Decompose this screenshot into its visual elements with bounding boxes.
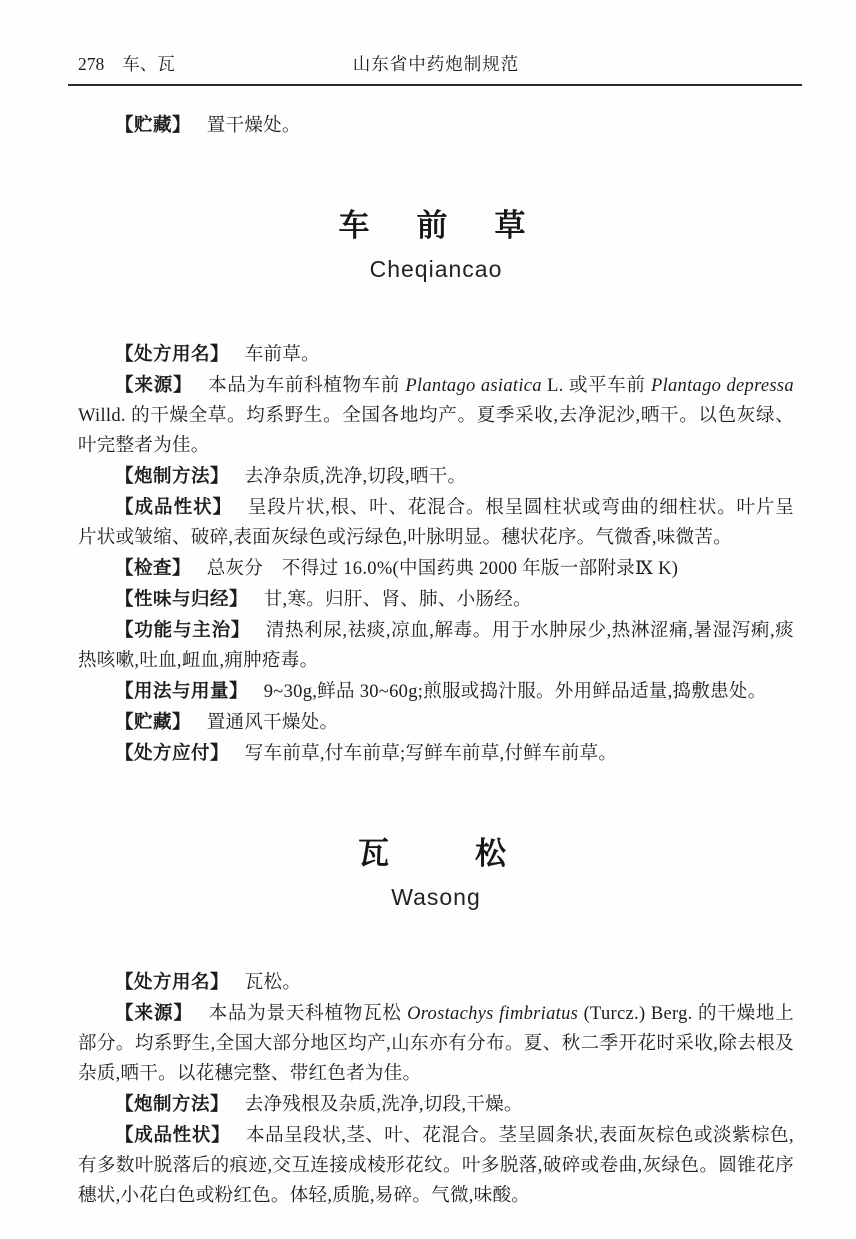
section-label: 【贮藏】 bbox=[115, 711, 191, 732]
section-label: 【性味与归经】 bbox=[115, 588, 248, 609]
section-paragraph: 【检查】总灰分 不得过 16.0%(中国药典 2000 年版一部附录Ⅸ K) bbox=[78, 553, 794, 584]
entry-sections: 【处方用名】瓦松。【来源】本品为景天科植物瓦松 Orostachys fimbr… bbox=[78, 967, 794, 1211]
entry-title: 瓦 松 bbox=[78, 833, 794, 875]
section-paragraph: 【来源】本品为车前科植物车前 Plantago asiatica L. 或平车前… bbox=[78, 370, 794, 461]
section-paragraph: 【处方用名】车前草。 bbox=[78, 339, 794, 370]
section-text: 甘,寒。归肝、肾、肺、小肠经。 bbox=[264, 590, 532, 610]
section-label: 【贮藏】 bbox=[115, 114, 191, 135]
section-text: 本品为景天科植物瓦松 bbox=[209, 1004, 407, 1024]
latin-name: Plantago asiatica bbox=[405, 376, 542, 396]
section-text: 瓦松。 bbox=[245, 973, 301, 993]
section-paragraph: 【用法与用量】9~30g,鲜品 30~60g;煎服或捣汁服。外用鲜品适量,捣敷患… bbox=[78, 676, 794, 707]
section-text: 去净杂质,洗净,切段,晒干。 bbox=[245, 467, 467, 487]
section-text: 总灰分 不得过 16.0%(中国药典 2000 年版一部附录Ⅸ K) bbox=[207, 559, 679, 579]
section-text: 写车前草,付车前草;写鲜车前草,付鲜车前草。 bbox=[245, 744, 618, 764]
latin-name: Plantago depressa bbox=[651, 376, 794, 396]
section-label: 【来源】 bbox=[115, 374, 193, 395]
section-label: 【来源】 bbox=[115, 1002, 193, 1023]
section-text: 去净残根及杂质,洗净,切段,干燥。 bbox=[245, 1095, 523, 1115]
running-header: 278 车、瓦 山东省中药炮制规范 bbox=[78, 0, 794, 78]
header-rule bbox=[68, 84, 802, 86]
entries: 车 前 草Cheqiancao【处方用名】车前草。【来源】本品为车前科植物车前 … bbox=[78, 205, 794, 1211]
entry-sections: 【处方用名】车前草。【来源】本品为车前科植物车前 Plantago asiati… bbox=[78, 339, 794, 769]
section-label: 【处方用名】 bbox=[115, 971, 229, 992]
section-label: 【炮制方法】 bbox=[115, 1093, 229, 1114]
monograph-entry: 瓦 松Wasong【处方用名】瓦松。【来源】本品为景天科植物瓦松 Orostac… bbox=[78, 833, 794, 1211]
section-label: 【成品性状】 bbox=[115, 496, 232, 517]
book-title: 山东省中药炮制规范 bbox=[78, 52, 794, 76]
section-paragraph: 【处方应付】写车前草,付车前草;写鲜车前草,付鲜车前草。 bbox=[78, 738, 794, 769]
section-paragraph: 【来源】本品为景天科植物瓦松 Orostachys fimbriatus (Tu… bbox=[78, 998, 794, 1089]
entry-title: 车 前 草 bbox=[78, 205, 794, 247]
section-paragraph: 【成品性状】本品呈段状,茎、叶、花混合。茎呈圆条状,表面灰棕色或淡紫棕色,有多数… bbox=[78, 1120, 794, 1211]
section-paragraph: 【成品性状】呈段片状,根、叶、花混合。根呈圆柱状或弯曲的细柱状。叶片呈片状或皱缩… bbox=[78, 492, 794, 553]
section-label: 【功能与主治】 bbox=[115, 619, 250, 640]
section-text: 置干燥处。 bbox=[207, 116, 301, 136]
section-paragraph: 【炮制方法】去净杂质,洗净,切段,晒干。 bbox=[78, 461, 794, 492]
entry-pinyin: Cheqiancao bbox=[78, 255, 794, 283]
section-label: 【炮制方法】 bbox=[115, 465, 229, 486]
section-label: 【检查】 bbox=[115, 557, 191, 578]
storage-top-paragraph: 【贮藏】置干燥处。 bbox=[78, 110, 794, 141]
section-paragraph: 【性味与归经】甘,寒。归肝、肾、肺、小肠经。 bbox=[78, 584, 794, 615]
section-text: 置通风干燥处。 bbox=[207, 713, 339, 733]
latin-name: Orostachys fimbriatus bbox=[407, 1004, 578, 1024]
section-paragraph: 【处方用名】瓦松。 bbox=[78, 967, 794, 998]
section-label: 【处方用名】 bbox=[115, 343, 229, 364]
section-label: 【用法与用量】 bbox=[115, 680, 248, 701]
section-text: 本品为车前科植物车前 bbox=[208, 376, 405, 396]
section-paragraph: 【功能与主治】清热利尿,祛痰,凉血,解毒。用于水肿尿少,热淋涩痛,暑湿泻痢,痰热… bbox=[78, 615, 794, 676]
section-text: 9~30g,鲜品 30~60g;煎服或捣汁服。外用鲜品适量,捣敷患处。 bbox=[264, 682, 767, 702]
section-label: 【处方应付】 bbox=[115, 742, 229, 763]
section-paragraph: 【贮藏】置通风干燥处。 bbox=[78, 707, 794, 738]
section-label: 【成品性状】 bbox=[115, 1124, 230, 1145]
entry-pinyin: Wasong bbox=[78, 883, 794, 911]
section-text: 车前草。 bbox=[245, 345, 320, 365]
section-text: Willd. 的干燥全草。均系野生。全国各地均产。夏季采收,去净泥沙,晒干。以色… bbox=[78, 406, 794, 456]
section-text: L. 或平车前 bbox=[542, 376, 651, 396]
section-paragraph: 【炮制方法】去净残根及杂质,洗净,切段,干燥。 bbox=[78, 1089, 794, 1120]
monograph-entry: 车 前 草Cheqiancao【处方用名】车前草。【来源】本品为车前科植物车前 … bbox=[78, 205, 794, 769]
document-page: 278 车、瓦 山东省中药炮制规范 【贮藏】置干燥处。 车 前 草Cheqian… bbox=[0, 0, 856, 1239]
